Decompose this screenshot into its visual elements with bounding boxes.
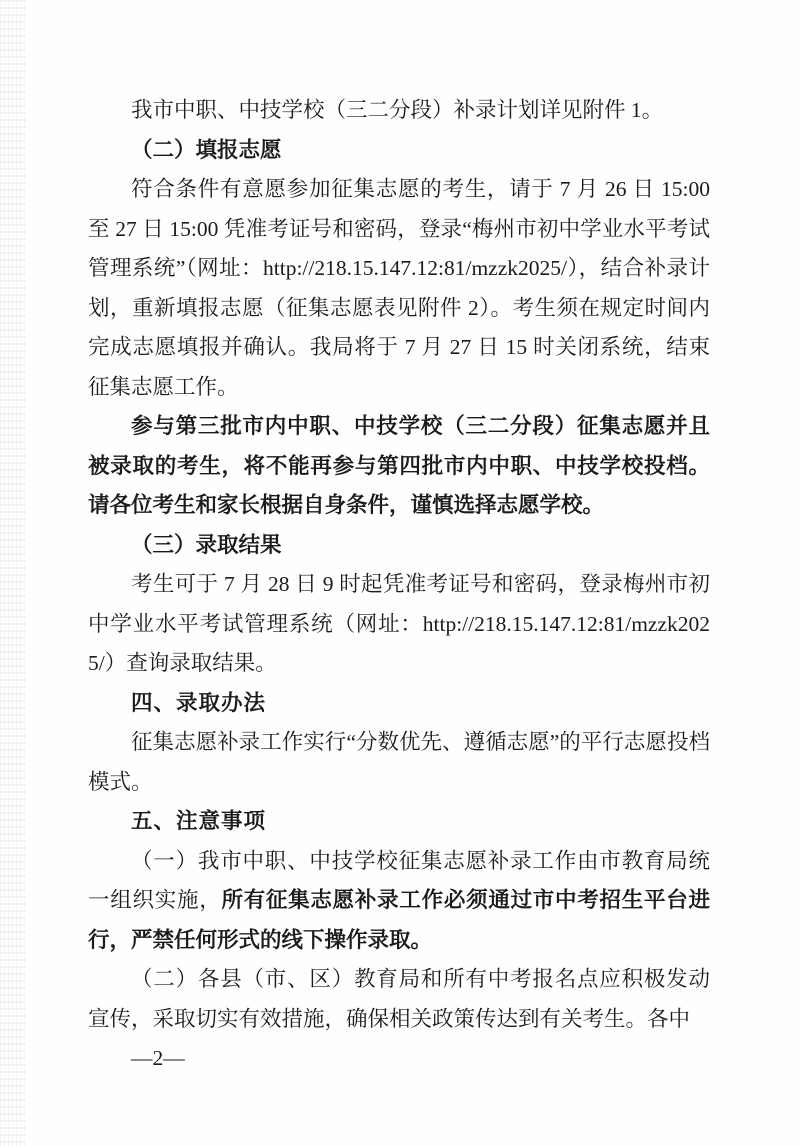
paragraph-plan-reference: 我市中职、中技学校（三二分段）补录计划详见附件 1。 [88,91,710,131]
paragraph-warning-third-batch: 参与第三批市内中职、中技学校（三二分段）征集志愿并且被录取的考生，将不能再参与第… [88,407,710,526]
heading-part-4-admission-method: 四、录取办法 [88,684,710,724]
paragraph-note-1: （一）我市中职、中技学校征集志愿补录工作由市教育局统一组织实施，所有征集志愿补录… [88,842,710,961]
paragraph-note-2: （二）各县（市、区）教育局和所有中考报名点应积极发动宣传，采取切实有效措施，确保… [88,960,710,1039]
paragraph-parallel-preference-mode: 征集志愿补录工作实行“分数优先、遵循志愿”的平行志愿投档模式。 [88,723,710,802]
heading-section-2-fill-in-preferences: （二）填报志愿 [88,131,710,171]
document-page: 我市中职、中技学校（三二分段）补录计划详见附件 1。 （二）填报志愿 符合条件有… [0,0,800,1146]
heading-section-3-admission-results: （三）录取结果 [88,526,710,566]
document-body: 我市中职、中技学校（三二分段）补录计划详见附件 1。 （二）填报志愿 符合条件有… [88,91,710,1079]
scan-edge-texture [0,0,26,1146]
heading-part-5-notes: 五、注意事项 [88,802,710,842]
paragraph-how-to-apply: 符合条件有意愿参加征集志愿的考生，请于 7 月 26 日 15:00 至 27 … [88,170,710,407]
paragraph-result-query: 考生可于 7 月 28 日 9 时起凭准考证号和密码，登录梅州市初中学业水平考试… [88,565,710,684]
page-number: —2— [88,1039,710,1079]
